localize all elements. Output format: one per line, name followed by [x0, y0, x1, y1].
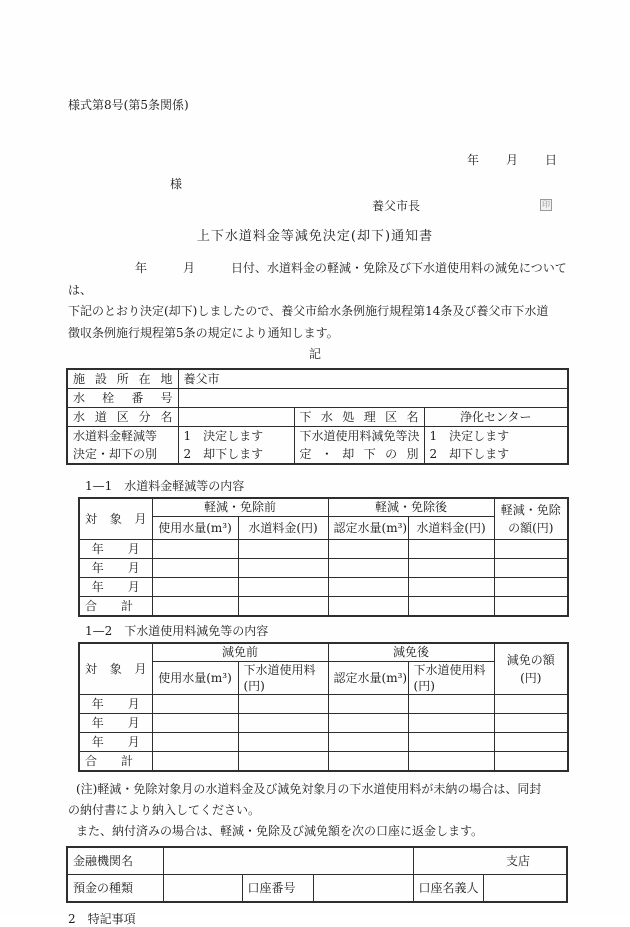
t1-r3-usage: [152, 578, 238, 597]
deposit-type-label: 預金の種類: [67, 875, 163, 903]
t1-r1-amount: [494, 540, 568, 559]
institution-label: 金融機関名: [67, 847, 163, 875]
institution-value: [163, 847, 413, 875]
addressee-suffix: 様: [170, 175, 630, 192]
t2-month-row-2: 年 月: [79, 714, 568, 733]
t1-total-usage: [152, 597, 238, 617]
t2-r2-fee-after: [408, 714, 494, 733]
t1-month-row-3: 年 月: [79, 578, 568, 597]
t2-col-fee-before: 下水道使用料 (円): [238, 662, 328, 695]
t2-r3-fee-after: [408, 733, 494, 752]
t2-r1-usage: [152, 695, 238, 714]
t1-month-label-1: 年 月: [79, 540, 152, 559]
t2-col-fee-after-line2: (円): [414, 678, 489, 694]
t1-header-groups: 対象月 軽減・免除前 軽減・免除後 軽減・免除 の額(円): [79, 498, 568, 517]
t2-r1-amount: [494, 695, 568, 714]
body-line-2: 下記のとおり決定(却下)しましたので、養父市給水条例施行規程第14条及び養父市下…: [68, 301, 570, 323]
water-decision-label: 水道料金軽減等 決定・却下の別: [67, 427, 178, 465]
page-title: 上下水道料金等減免決定(却下)通知書: [0, 225, 630, 244]
t2-col-fee-before-line2: (円): [244, 678, 323, 694]
record-marker: 記: [0, 344, 630, 364]
t2-col-fee-after: 下水道使用料 (円): [408, 662, 494, 695]
t2-r1-fee-after: [408, 695, 494, 714]
t1-col-reduction-amount: 軽減・免除 の額(円): [494, 498, 568, 540]
t1-col-certified: 認定水量(m³): [328, 517, 408, 540]
t2-r2-certified: [328, 714, 408, 733]
body-paragraph: 年 月 日付、水道料金の軽減・免除及び下水道使用料の減免については、 下記のとお…: [68, 258, 570, 344]
water-district-label: 水道区分名: [67, 408, 178, 427]
t2-total-amount: [494, 752, 568, 772]
t2-col-usage: 使用水量(m³): [152, 662, 238, 695]
decision-row: 水道料金軽減等 決定・却下の別 1 決定します 2 却下します 下水道使用料減免…: [67, 427, 568, 465]
t1-total-row: 合 計: [79, 597, 568, 617]
form-number: 様式第8号(第5条関係): [68, 0, 630, 113]
t1-group-after: 軽減・免除後: [328, 498, 494, 517]
tap-number-row: 水栓番号: [67, 389, 568, 408]
t1-month-label-3: 年 月: [79, 578, 152, 597]
sewer-decision-label-line2: 定・却下の別: [300, 445, 419, 463]
t2-header-groups: 対象月 減免前 減免後 減免の額 (円): [79, 643, 568, 662]
sender-name: 養父市長: [372, 197, 420, 214]
section-1-1-heading: 1—1 水道料金軽減等の内容: [85, 477, 630, 494]
bank-account-table: 金融機関名 支店 預金の種類 口座番号 口座名義人: [66, 846, 568, 903]
special-notes-heading: 2 特記事項: [68, 910, 630, 927]
t2-r3-usage: [152, 733, 238, 752]
t2-total-fee-before: [238, 752, 328, 772]
tap-number-value: [178, 389, 568, 408]
water-decision-option-2: 2 却下します: [184, 445, 289, 463]
t2-total-row: 合 計: [79, 752, 568, 772]
t1-col-target-month: 対象月: [79, 498, 152, 540]
document-page: 様式第8号(第5条関係) 年 月 日 様 養父市長 印 上下水道料金等減免決定(…: [0, 0, 630, 915]
water-decision-label-line2: 決定・却下の別: [73, 445, 173, 463]
sewer-decision-label: 下水道使用料減免等決 定・却下の別: [294, 427, 424, 465]
water-fee-reduction-table: 対象月 軽減・免除前 軽減・免除後 軽減・免除 の額(円) 使用水量(m³) 水…: [78, 497, 569, 617]
t2-r2-amount: [494, 714, 568, 733]
water-decision-option-1: 1 決定します: [184, 427, 289, 445]
seal-stamp-icon: 印: [540, 199, 552, 211]
t1-r3-certified: [328, 578, 408, 597]
account-holder-label: 口座名義人: [413, 875, 483, 903]
bank-row-2: 預金の種類 口座番号 口座名義人: [67, 875, 567, 903]
t1-month-label-2: 年 月: [79, 559, 152, 578]
t2-r3-amount: [494, 733, 568, 752]
t1-r3-fee-before: [238, 578, 328, 597]
t2-col-reduction-amount-line2: (円): [500, 669, 563, 687]
t1-r2-fee-before: [238, 559, 328, 578]
t2-month-row-3: 年 月: [79, 733, 568, 752]
t2-col-reduction-amount-line1: 減免の額: [500, 651, 563, 669]
notes-paragraph: (注)軽減・免除対象月の水道料金及び減免対象月の下水道使用料が未納の場合は、同封…: [68, 779, 570, 842]
facility-location-row: 施設所在地 養父市: [67, 369, 568, 389]
t1-col-fee-before: 水道料金(円): [238, 517, 328, 540]
facility-location-label: 施設所在地: [67, 369, 178, 389]
date-line: 年 月 日: [0, 151, 630, 168]
t1-r1-fee-before: [238, 540, 328, 559]
water-decision-label-line1: 水道料金軽減等: [73, 427, 173, 445]
sewer-fee-reduction-table: 対象月 減免前 減免後 減免の額 (円) 使用水量(m³) 下水道使用料 (円)…: [78, 642, 569, 772]
t2-group-before: 減免前: [152, 643, 328, 662]
t2-month-label-3: 年 月: [79, 733, 152, 752]
note-line-2: の納付書により納入してください。: [68, 800, 570, 821]
water-district-value: [178, 408, 294, 427]
section-1-2-heading: 1—2 下水道使用料減免等の内容: [85, 622, 630, 639]
note-line-1: (注)軽減・免除対象月の水道料金及び減免対象月の下水道使用料が未納の場合は、同封: [68, 779, 570, 800]
t1-r3-fee-after: [408, 578, 494, 597]
account-number-label: 口座番号: [242, 875, 313, 903]
bank-row-1: 金融機関名 支店: [67, 847, 567, 875]
account-holder-value: [483, 875, 567, 903]
t2-col-reduction-amount: 減免の額 (円): [494, 643, 568, 695]
sewer-district-value: 浄化センター: [424, 408, 568, 427]
t1-col-usage: 使用水量(m³): [152, 517, 238, 540]
t1-group-before: 軽減・免除前: [152, 498, 328, 517]
t1-r1-fee-after: [408, 540, 494, 559]
body-line-3: 徴収条例施行規程第5条の規定により通知します。: [68, 323, 570, 345]
t2-total-certified: [328, 752, 408, 772]
t2-r2-fee-before: [238, 714, 328, 733]
t1-total-amount: [494, 597, 568, 617]
t2-col-target-month: 対象月: [79, 643, 152, 695]
t2-total-fee-after: [408, 752, 494, 772]
water-decision-options: 1 決定します 2 却下します: [178, 427, 294, 465]
t1-r1-usage: [152, 540, 238, 559]
sewer-decision-option-1: 1 決定します: [430, 427, 563, 445]
t1-month-row-2: 年 月: [79, 559, 568, 578]
t2-r3-fee-before: [238, 733, 328, 752]
t2-col-fee-before-line1: 下水道使用料: [244, 662, 323, 678]
t2-group-after: 減免後: [328, 643, 494, 662]
sewer-district-label: 下水処理区名: [294, 408, 424, 427]
t1-r2-certified: [328, 559, 408, 578]
t1-col-reduction-amount-line2: の額(円): [500, 519, 563, 537]
t1-r2-fee-after: [408, 559, 494, 578]
t2-r3-certified: [328, 733, 408, 752]
t2-r2-usage: [152, 714, 238, 733]
t2-col-fee-after-line1: 下水道使用料: [414, 662, 489, 678]
t1-col-fee-after: 水道料金(円): [408, 517, 494, 540]
t1-total-label: 合 計: [79, 597, 152, 617]
t2-total-usage: [152, 752, 238, 772]
t1-r2-amount: [494, 559, 568, 578]
branch-label: 支店: [413, 847, 567, 875]
facility-table: 施設所在地 養父市 水栓番号 水道区分名 下水処理区名 浄化センター 水道料金軽…: [66, 368, 569, 465]
deposit-type-value: [163, 875, 242, 903]
t2-month-label-1: 年 月: [79, 695, 152, 714]
t1-r3-amount: [494, 578, 568, 597]
note-line-3: また、納付済みの場合は、軽減・免除及び減免額を次の口座に返金します。: [68, 821, 570, 842]
sewer-decision-options: 1 決定します 2 却下します: [424, 427, 568, 465]
body-line-1: 年 月 日付、水道料金の軽減・免除及び下水道使用料の減免については、: [68, 258, 570, 301]
t1-r1-certified: [328, 540, 408, 559]
t1-col-reduction-amount-line1: 軽減・免除: [500, 501, 563, 519]
t2-month-label-2: 年 月: [79, 714, 152, 733]
t1-total-certified: [328, 597, 408, 617]
account-number-value: [313, 875, 413, 903]
facility-location-value: 養父市: [178, 369, 568, 389]
sewer-decision-label-line1: 下水道使用料減免等決: [300, 427, 419, 445]
t2-month-row-1: 年 月: [79, 695, 568, 714]
t2-col-certified: 認定水量(m³): [328, 662, 408, 695]
district-row: 水道区分名 下水処理区名 浄化センター: [67, 408, 568, 427]
tap-number-label: 水栓番号: [67, 389, 178, 408]
t1-total-fee-after: [408, 597, 494, 617]
t1-total-fee-before: [238, 597, 328, 617]
t2-r1-certified: [328, 695, 408, 714]
t1-r2-usage: [152, 559, 238, 578]
t2-total-label: 合 計: [79, 752, 152, 772]
t2-r1-fee-before: [238, 695, 328, 714]
t1-month-row-1: 年 月: [79, 540, 568, 559]
sender-row: 養父市長 印: [0, 197, 630, 213]
sewer-decision-option-2: 2 却下します: [430, 445, 563, 463]
